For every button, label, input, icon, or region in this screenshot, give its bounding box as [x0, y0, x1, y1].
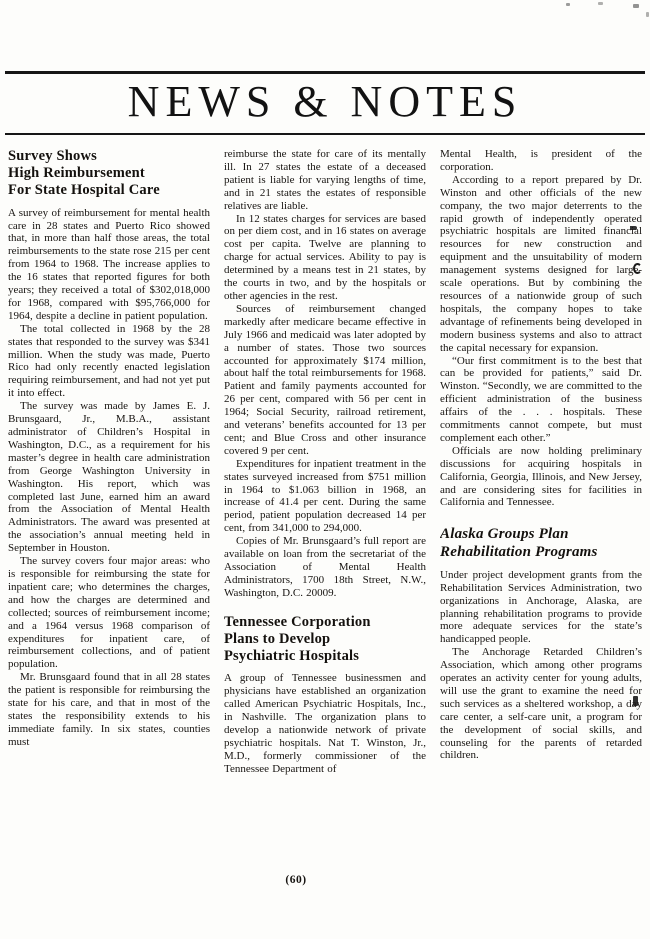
paragraph: Sources of reimbursement changed markedl…: [224, 303, 426, 458]
paragraph: reimburse the state for care of its ment…: [224, 148, 426, 213]
paragraph: The survey was made by James E. J. Bruns…: [8, 400, 210, 555]
paragraph: “Our first commitment is to the best tha…: [440, 355, 642, 445]
paragraph: Mr. Brunsgaard found that in all 28 stat…: [8, 671, 210, 748]
article-columns: Survey Shows High Reimbursement For Stat…: [8, 148, 642, 909]
paragraph: Officials are now holding preliminary di…: [440, 445, 642, 510]
scan-speck: [646, 12, 649, 17]
header-rule-bottom: [5, 133, 645, 135]
paragraph: Expenditures for inpatient treatment in …: [224, 458, 426, 535]
scan-speck: [566, 3, 570, 6]
paragraph: A survey of reimbursement for mental hea…: [8, 207, 210, 323]
paragraph: According to a report prepared by Dr. Wi…: [440, 174, 642, 355]
scan-speck: [598, 2, 603, 5]
article-heading-survey: Survey Shows High Reimbursement For Stat…: [8, 148, 210, 200]
paragraph: Under project development grants from th…: [440, 569, 642, 646]
paragraph: The Anchorage Retarded Children’s Associ…: [440, 646, 642, 762]
paragraph: Copies of Mr. Brunsgaard’s full report a…: [224, 535, 426, 600]
paragraph: Mental Health, is president of the corpo…: [440, 148, 642, 174]
page-title: NEWS & NOTES: [0, 74, 650, 130]
paragraph: The total collected in 1968 by the 28 st…: [8, 323, 210, 400]
paragraph: In 12 states charges for services are ba…: [224, 213, 426, 303]
scan-speck: [633, 4, 639, 8]
article-heading-alaska: Alaska Groups Plan Rehabilitation Progra…: [440, 526, 642, 560]
article-heading-tennessee: Tennessee Corporation Plans to Develop P…: [224, 614, 426, 666]
page-number: (60): [0, 874, 621, 886]
column-2: reimburse the state for care of its ment…: [224, 148, 426, 909]
paragraph: The survey covers four major areas: who …: [8, 555, 210, 671]
paragraph: A group of Tennessee businessmen and phy…: [224, 672, 426, 775]
news-notes-page: NEWS & NOTES Survey Shows High Reimburse…: [0, 0, 650, 939]
column-1: Survey Shows High Reimbursement For Stat…: [8, 148, 210, 909]
column-3: Mental Health, is president of the corpo…: [440, 148, 642, 909]
